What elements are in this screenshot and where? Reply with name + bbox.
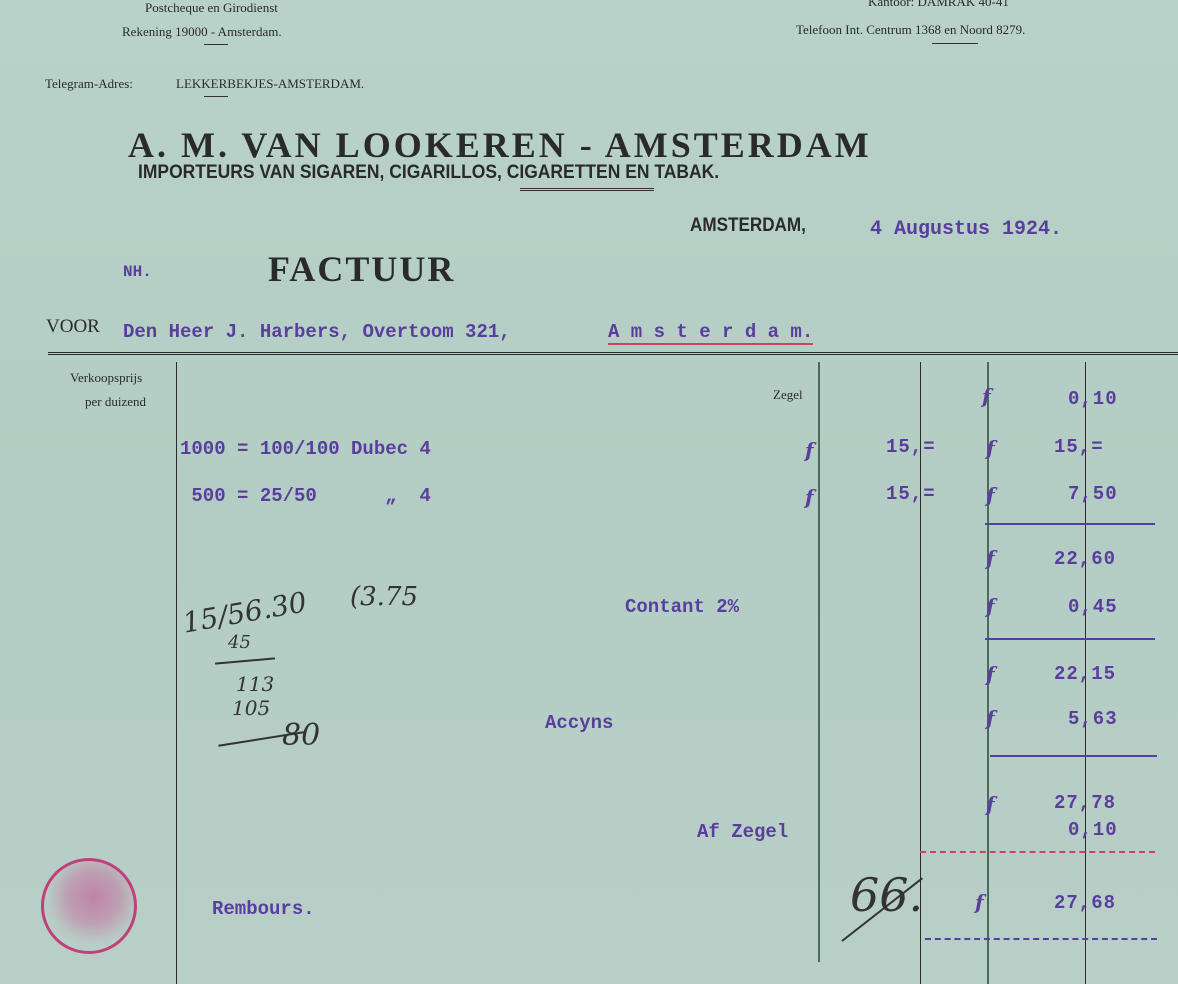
excise-label: Accyns	[545, 712, 613, 734]
column-rule	[176, 362, 177, 984]
invoice-title: FACTUUR	[268, 248, 455, 290]
line-item-unit-price: 15,=	[886, 436, 936, 458]
handwritten-calc-line2: 45	[228, 632, 251, 653]
after-discount-amount: 22,15	[1054, 663, 1116, 685]
telefoon-numbers: Telefoon Int. Centrum 1368 en Noord 8279…	[796, 22, 1025, 38]
handwritten-calc-line5: 80	[282, 718, 320, 753]
discount-amount: 0,45	[1068, 596, 1118, 618]
header-price-line2: per duizend	[85, 394, 146, 410]
handwritten-side-calc: (3.75	[350, 582, 418, 612]
header-zegel: Zegel	[773, 387, 803, 403]
currency-icon: f	[986, 662, 995, 686]
currency-icon: f	[975, 890, 984, 914]
handwritten-rule	[215, 657, 275, 664]
recipient-city: A m s t e r d a m.	[608, 321, 813, 345]
subtotal-amount: 22,60	[1054, 548, 1116, 570]
handwritten-margin-note: 66.	[850, 868, 923, 922]
handwritten-calc-line3: 113	[236, 672, 274, 696]
table-top-rule	[48, 352, 1178, 358]
postcheque-line1: Postcheque en Girodienst	[145, 0, 278, 16]
company-name: A. M. VAN LOOKEREN - AMSTERDAM	[128, 124, 872, 166]
line-item-description: 1000 = 100/100 Dubec 4	[180, 438, 431, 460]
line-item-unit-price: 15,=	[886, 483, 936, 505]
currency-icon: f	[986, 594, 995, 618]
red-dashed-rule	[920, 851, 1155, 853]
line-item-amount: 15,=	[1054, 436, 1104, 458]
discount-label: Contant 2%	[625, 596, 739, 618]
handwritten-calc-line4: 105	[232, 696, 270, 720]
currency-icon: f	[986, 546, 995, 570]
sum-rule	[985, 523, 1155, 525]
sum-rule	[985, 638, 1155, 640]
invoice-date: 4 Augustus 1924.	[870, 218, 1062, 241]
currency-icon: f	[986, 792, 995, 816]
final-label: Rembours.	[212, 898, 315, 920]
postcheque-line2: Rekening 19000 - Amsterdam.	[122, 24, 282, 40]
divider	[204, 96, 228, 97]
telegram-label: Telegram-Adres:	[45, 76, 133, 92]
currency-icon: f	[986, 436, 995, 460]
column-rule	[818, 362, 820, 962]
header-price-line1: Verkoopsprijs	[70, 370, 142, 386]
stamp-amount: 0,10	[1068, 819, 1118, 841]
purple-dashed-rule	[925, 938, 1157, 940]
line-item-description: 500 = 25/50 „ 4	[180, 485, 431, 507]
line-item-amount: 7,50	[1068, 483, 1118, 505]
invoice-paper: Postcheque en Girodienst Rekening 19000 …	[0, 0, 1178, 984]
divider	[932, 43, 978, 44]
currency-icon: f	[986, 483, 995, 507]
rubber-stamp	[41, 858, 137, 954]
stamp-label: Af Zegel	[697, 821, 788, 843]
zegel-amount: 0,10	[1068, 388, 1118, 410]
sum-rule	[990, 755, 1157, 757]
invoice-ref: NH.	[123, 263, 152, 281]
recipient-name-address: Den Heer J. Harbers, Overtoom 321,	[123, 321, 511, 343]
company-tagline: IMPORTEURS VAN SIGAREN, CIGARILLOS, CIGA…	[138, 162, 719, 184]
voor-label: VOOR	[46, 316, 100, 338]
currency-icon: f	[982, 384, 991, 408]
total-before-stamp: 27,78	[1054, 792, 1116, 814]
excise-amount: 5,63	[1068, 708, 1118, 730]
divider	[520, 188, 654, 191]
telegram-address: LEKKERBEKJES-AMSTERDAM.	[176, 76, 364, 92]
currency-icon: f	[986, 706, 995, 730]
currency-icon: f	[805, 485, 814, 509]
kantoor-address: Kantoor: DAMRAK 40-41	[868, 0, 1009, 10]
invoice-place: AMSTERDAM,	[690, 215, 806, 237]
final-amount: 27,68	[1054, 892, 1116, 914]
currency-icon: f	[805, 438, 814, 462]
divider	[204, 44, 228, 45]
